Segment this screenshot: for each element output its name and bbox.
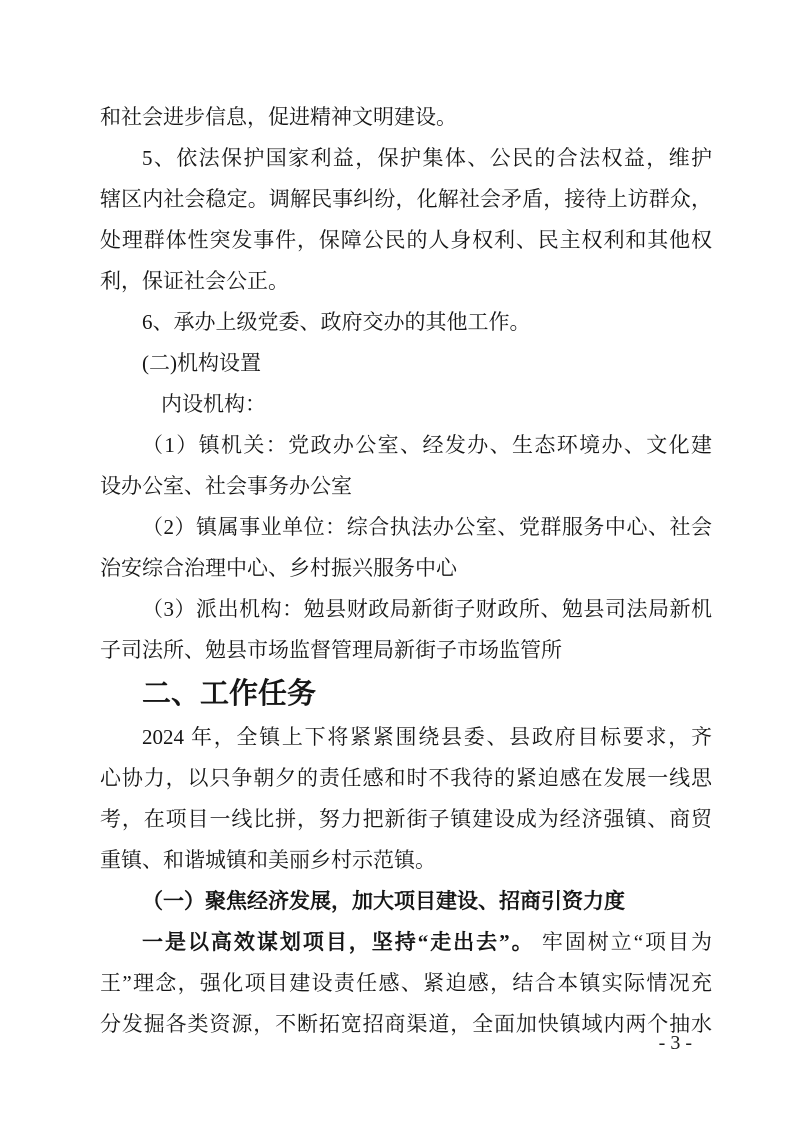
text-run: 考，在项目一线比拼，努力把新街子镇建设成为经济强镇、商贸 bbox=[100, 807, 712, 831]
text-line: 6、承办上级党委、政府交办的其他工作。 bbox=[100, 302, 712, 343]
section-heading-line: 二、工作任务 bbox=[100, 671, 712, 717]
text-line: 治安综合治理中心、乡村振兴服务中心 bbox=[100, 548, 712, 589]
text-line: （3）派出机构：勉县财政局新街子财政所、勉县司法局新机 bbox=[100, 589, 712, 630]
text-line: （2）镇属事业单位：综合执法办公室、党群服务中心、社会 bbox=[100, 507, 712, 548]
text-run: （1）镇机关：党政办公室、经发办、生态环境办、文化建 bbox=[142, 433, 712, 457]
page-number: - 3 - bbox=[100, 1030, 712, 1056]
text-line: 王”理念，强化项目建设责任感、紧迫感，结合本镇实际情况充 bbox=[100, 963, 712, 1004]
text-run: 利，保证社会公正。 bbox=[100, 269, 289, 293]
section-heading-line: （一）聚焦经济发展，加大项目建设、招商引资力度 bbox=[100, 881, 712, 922]
text-line: 2024 年，全镇上下将紧紧围绕县委、县政府目标要求，齐 bbox=[100, 717, 712, 758]
text-run: 牢固树立“项目为 bbox=[535, 930, 712, 954]
text-run: 设办公室、社会事务办公室 bbox=[100, 474, 352, 498]
text-run: 处理群体性突发事件，保障公民的人身权利、民主权利和其他权 bbox=[100, 228, 712, 252]
text-run: 5、依法保护国家利益，保护集体、公民的合法权益，维护 bbox=[142, 146, 712, 170]
text-run: （2）镇属事业单位：综合执法办公室、党群服务中心、社会 bbox=[142, 515, 712, 539]
text-run: 内设机构： bbox=[161, 392, 266, 416]
text-run: 2024 年，全镇上下将紧紧围绕县委、县政府目标要求，齐 bbox=[142, 725, 712, 749]
text-run: 和社会进步信息，促进精神文明建设。 bbox=[100, 105, 457, 129]
text-line: 内设机构： bbox=[100, 384, 712, 425]
text-line: 利，保证社会公正。 bbox=[100, 261, 712, 302]
text-run: 辖区内社会稳定。调解民事纠纷，化解社会矛盾，接待上访群众， bbox=[100, 187, 712, 211]
text-line: （1）镇机关：党政办公室、经发办、生态环境办、文化建 bbox=[100, 425, 712, 466]
document-page: 和社会进步信息，促进精神文明建设。5、依法保护国家利益，保护集体、公民的合法权益… bbox=[0, 0, 793, 1122]
text-line: 子司法所、勉县市场监督管理局新街子市场监管所 bbox=[100, 630, 712, 671]
document-body: 和社会进步信息，促进精神文明建设。5、依法保护国家利益，保护集体、公民的合法权益… bbox=[100, 97, 712, 1045]
text-line: 处理群体性突发事件，保障公民的人身权利、民主权利和其他权 bbox=[100, 220, 712, 261]
text-line: 5、依法保护国家利益，保护集体、公民的合法权益，维护 bbox=[100, 138, 712, 179]
text-run: 二、工作任务 bbox=[142, 678, 316, 710]
text-line: (二)机构设置 bbox=[100, 343, 712, 384]
text-run: 重镇、和谐城镇和美丽乡村示范镇。 bbox=[100, 848, 436, 872]
text-line: 设办公室、社会事务办公室 bbox=[100, 466, 712, 507]
text-run: (二)机构设置 bbox=[142, 351, 261, 375]
text-run: （一）聚焦经济发展，加大项目建设、招商引资力度 bbox=[142, 889, 625, 913]
text-run: 6、承办上级党委、政府交办的其他工作。 bbox=[142, 310, 531, 334]
text-run: （3）派出机构：勉县财政局新街子财政所、勉县司法局新机 bbox=[142, 597, 712, 621]
text-line: 辖区内社会稳定。调解民事纠纷，化解社会矛盾，接待上访群众， bbox=[100, 179, 712, 220]
text-run: 王”理念，强化项目建设责任感、紧迫感，结合本镇实际情况充 bbox=[100, 971, 712, 995]
text-line: 一是以高效谋划项目，坚持“走出去”。 牢固树立“项目为 bbox=[100, 922, 712, 963]
text-line: 心协力，以只争朝夕的责任感和时不我待的紧迫感在发展一线思 bbox=[100, 758, 712, 799]
text-line: 重镇、和谐城镇和美丽乡村示范镇。 bbox=[100, 840, 712, 881]
text-run: 心协力，以只争朝夕的责任感和时不我待的紧迫感在发展一线思 bbox=[100, 766, 712, 790]
text-line: 考，在项目一线比拼，努力把新街子镇建设成为经济强镇、商贸 bbox=[100, 799, 712, 840]
text-line: 和社会进步信息，促进精神文明建设。 bbox=[100, 97, 712, 138]
text-run: 子司法所、勉县市场监督管理局新街子市场监管所 bbox=[100, 638, 562, 662]
text-run: 治安综合治理中心、乡村振兴服务中心 bbox=[100, 556, 457, 580]
text-run: 一是以高效谋划项目，坚持“走出去”。 bbox=[142, 930, 535, 954]
